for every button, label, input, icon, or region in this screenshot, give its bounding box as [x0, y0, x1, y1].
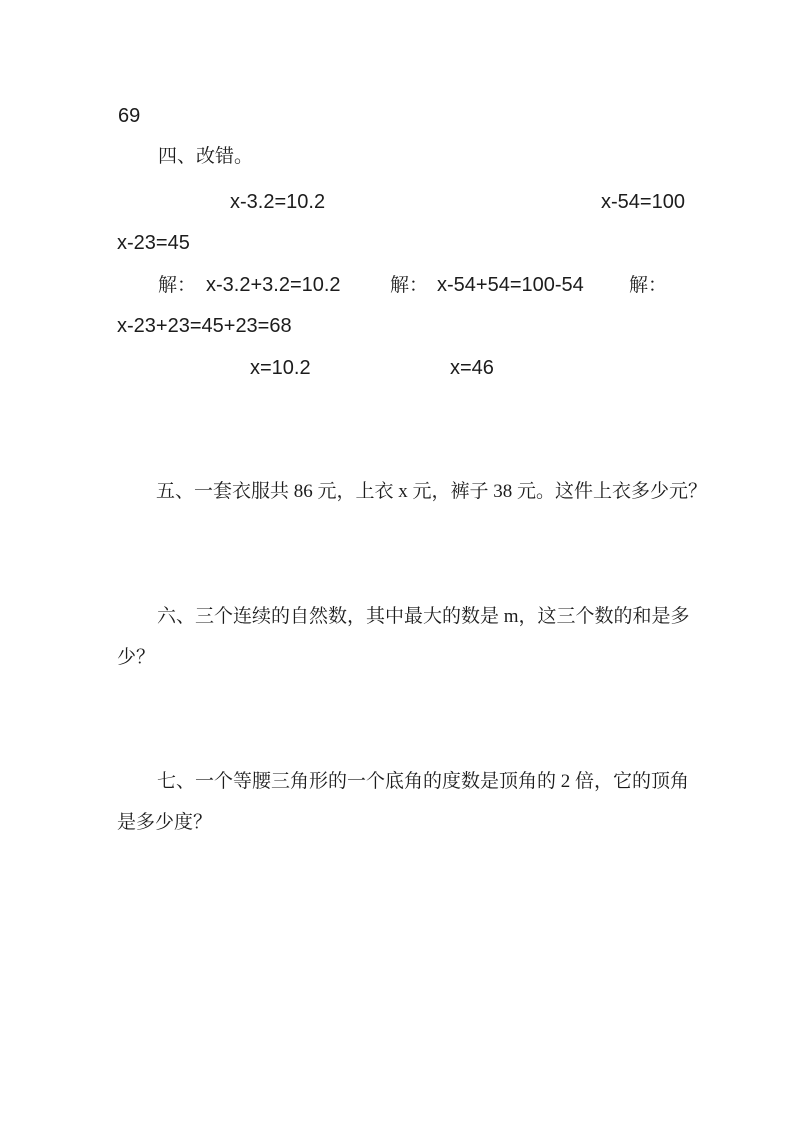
section4-answer-2: x=46 [450, 357, 494, 379]
section7-line1: 七、一个等腰三角形的一个底角的度数是顶角的 2 倍，它的顶角 [157, 771, 689, 793]
section4-heading: 四、改错。 [158, 146, 253, 168]
section4-solution-3: x-23+23=45+23=68 [117, 315, 292, 337]
section6-line1: 六、三个连续的自然数，其中最大的数是 m，这三个数的和是多 [157, 606, 690, 628]
section4-solution-2: x-54+54=100-54 [437, 274, 584, 296]
section4-problem-2: x-54=100 [601, 191, 685, 213]
document-page: 69 四、改错。 x-3.2=10.2 x-54=100 x-23=45 解： … [0, 0, 793, 1122]
section4-answer-1: x=10.2 [250, 357, 311, 379]
section4-solve-label-2: 解： [390, 275, 428, 297]
section4-problem-1: x-3.2=10.2 [230, 191, 325, 213]
section6-line2: 少？ [117, 647, 155, 669]
section4-solve-label-3: 解： [629, 275, 667, 297]
section4-solution-1: x-3.2+3.2=10.2 [206, 274, 341, 296]
section5-text: 五、一套衣服共 86 元，上衣 x 元，裤子 38 元。这件上衣多少元？ [156, 481, 707, 503]
section7-line2: 是多少度？ [117, 812, 212, 834]
page-number: 69 [118, 105, 140, 127]
section4-solve-label-1: 解： [158, 275, 196, 297]
section4-problem-3: x-23=45 [117, 232, 190, 254]
